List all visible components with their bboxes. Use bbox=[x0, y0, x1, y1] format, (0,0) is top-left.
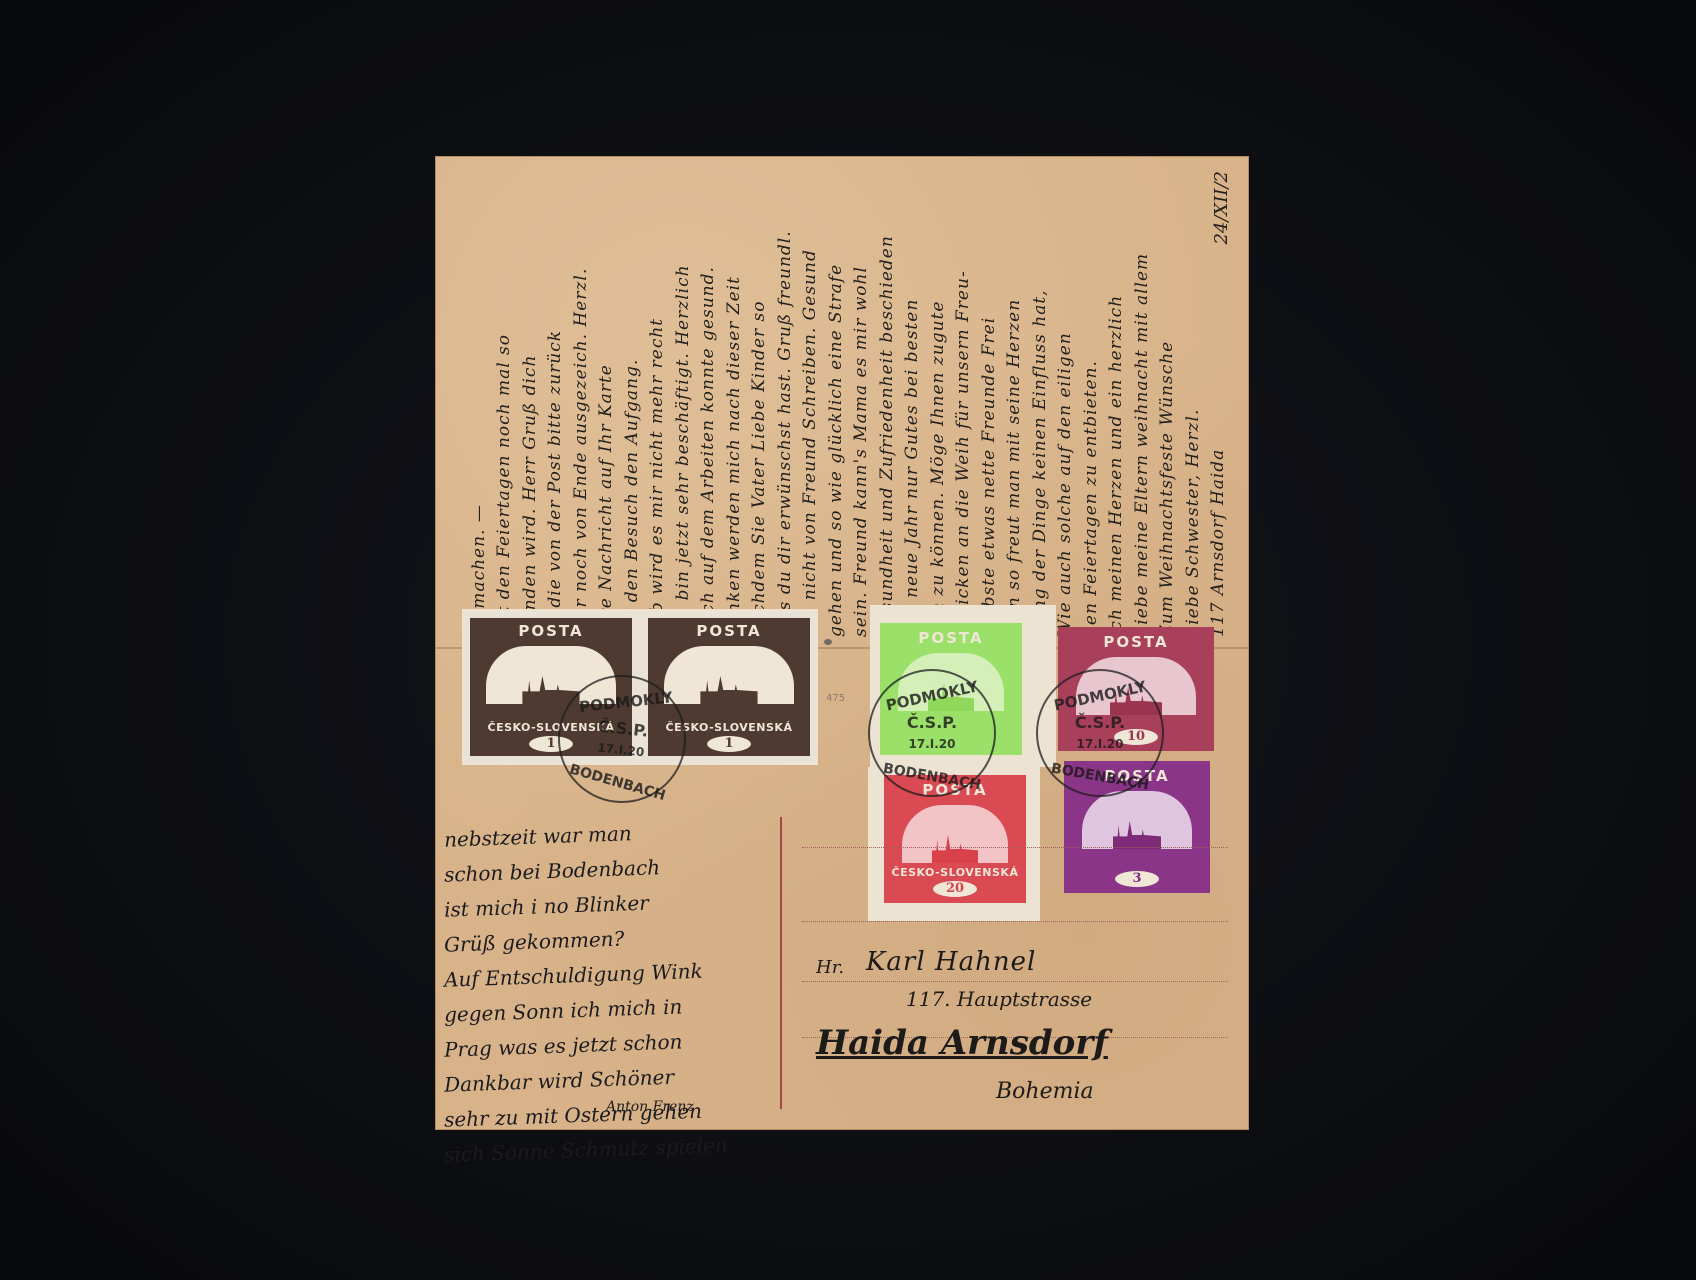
address-country: Bohemia bbox=[996, 1079, 1094, 1104]
message-line: was du dir erwünschst hast. Gruß freundl… bbox=[773, 167, 797, 637]
message-line: Liebste etwas nette Freunde Frei bbox=[977, 167, 1001, 637]
message-line: noch auf dem Arbeiten konnte gesund. bbox=[696, 167, 720, 637]
message-line: Ich bin jetzt sehr beschäftigt. Herzlich bbox=[671, 167, 695, 637]
message-line: den Feiertagen zu entbieten. bbox=[1079, 167, 1103, 637]
catalog-number: 475 bbox=[826, 693, 845, 704]
message-line: Liebe meine Eltern weihnacht mit allem bbox=[1130, 167, 1154, 637]
message-line: für den Besuch den Aufgang. bbox=[620, 167, 644, 637]
message-line: Gang der Dinge keinen Einfluss hat, bbox=[1028, 167, 1052, 637]
message-line: schicken an die Weih für unsern Freu- bbox=[951, 167, 975, 637]
postmark-center: PODMOKLY Č.S.P. 17.I.20 BODENBACH bbox=[868, 669, 996, 797]
message-line: lieb wird es mir nicht mehr recht bbox=[645, 167, 669, 637]
address-street: 117. Hauptstrasse bbox=[906, 987, 1092, 1011]
message-line: Gesundheit und Zufriedenheit beschieden bbox=[875, 167, 899, 637]
message-line: Ihre Nachricht auf Ihr Karte bbox=[594, 167, 618, 637]
message-line: da die von der Post bitte zurück bbox=[543, 167, 567, 637]
address-salutation: Hr. bbox=[816, 957, 844, 978]
message-panel: 117 Arnsdorf HaidaLiebe Schwester, Herzl… bbox=[446, 167, 1236, 637]
message-date: 24/XII/2 bbox=[1211, 171, 1232, 245]
message-line: nachdem Sie Vater Liebe Kinder so bbox=[747, 167, 771, 637]
address-town: Haida Arnsdorf bbox=[816, 1023, 1108, 1063]
address-line bbox=[802, 921, 1228, 922]
postmark-right: PODMOKLY Č.S.P. 17.I.20 BODENBACH bbox=[1036, 669, 1164, 797]
reply-signature: Anton Frenz bbox=[606, 1099, 694, 1115]
message-line: danken werden mich nach dieser Zeit bbox=[722, 167, 746, 637]
message-line: den zu können. Möge Ihnen zugute bbox=[926, 167, 950, 637]
address-name: Karl Hahnel bbox=[866, 947, 1036, 977]
message-line: wenden wird. Herr Gruß dich bbox=[518, 167, 542, 637]
message-line: ist, nicht von Freund Schreiben. Gesund bbox=[798, 167, 822, 637]
address-line bbox=[802, 847, 1228, 848]
hinge-mark bbox=[824, 639, 832, 645]
address-divider bbox=[780, 817, 782, 1109]
message-line: hier noch von Ende ausgezeich. Herzl. bbox=[569, 167, 593, 637]
message-line: das neue Jahr nur Gutes bei besten bbox=[900, 167, 924, 637]
message-line: Liebe Schwester, Herzl. bbox=[1181, 167, 1205, 637]
message-line: gehen und so wie glücklich eine Strafe bbox=[824, 167, 848, 637]
message-line: zu machen. — bbox=[467, 167, 491, 637]
message-line: sein. Freund kann's Mama es mir wohl bbox=[849, 167, 873, 637]
message-line: kein so freut man mit seine Herzen bbox=[1002, 167, 1026, 637]
message-line: ich meinen Herzen und ein herzlich bbox=[1104, 167, 1128, 637]
message-line: mit den Feiertagen noch mal so bbox=[492, 167, 516, 637]
postal-card: 117 Arnsdorf HaidaLiebe Schwester, Herzl… bbox=[436, 157, 1248, 1129]
address-line bbox=[802, 981, 1228, 982]
message-line: Wie auch solche auf den eiligen bbox=[1053, 167, 1077, 637]
message-line: Zum Weihnachtsfeste Wünsche bbox=[1155, 167, 1179, 637]
